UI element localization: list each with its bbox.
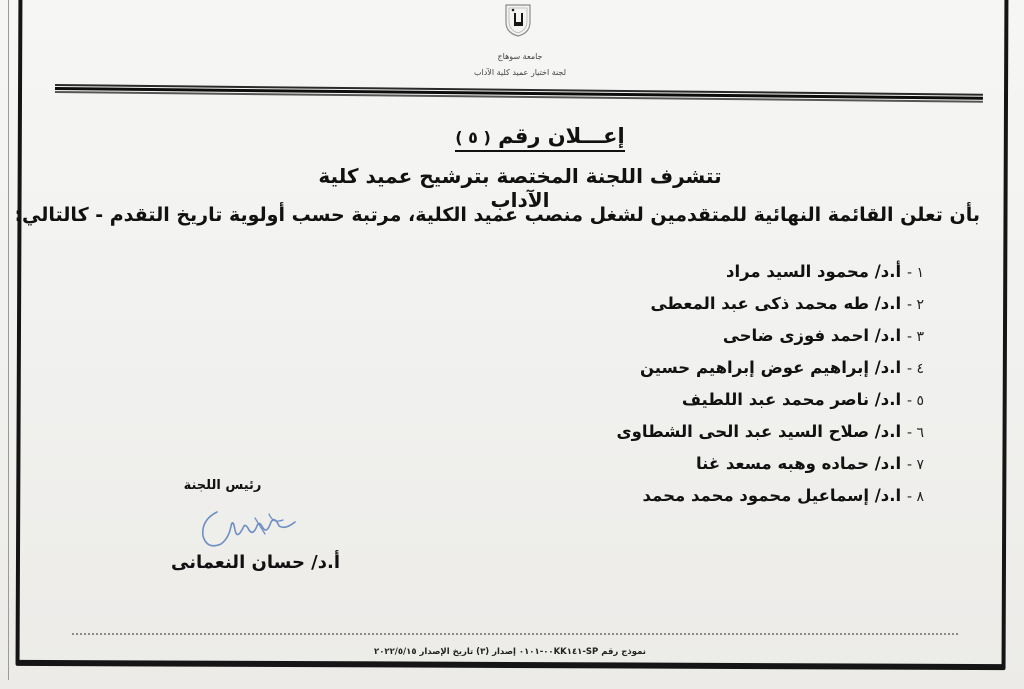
candidate-item: ١ - أ.د/ محمود السيد مراد [524, 258, 924, 290]
candidate-item: ٦ - ا.د/ صلاح السيد عبد الحى الشطاوى [524, 418, 924, 450]
candidate-name: صلاح السيد عبد الحى الشطاوى [617, 422, 870, 441]
signatory-role: رئيس اللجنة [160, 478, 340, 493]
candidate-name: إسماعيل محمود محمد محمد [643, 486, 870, 505]
candidate-item: ٧ - ا.د/ حماده وهبه مسعد غنا [524, 450, 924, 482]
candidate-item: ٢ - ا.د/ طه محمد ذكى عبد المعطى [524, 290, 924, 322]
candidate-list: ١ - أ.د/ محمود السيد مراد ٢ - ا.د/ طه مح… [524, 258, 924, 514]
document-page: جامعة سوهاج لجنة اختيار عميد كلية الآداب… [0, 0, 1024, 689]
candidate-item: ٣ - ا.د/ احمد فوزى ضاحى [524, 322, 924, 354]
candidate-item: ٤ - ا.د/ إبراهيم عوض إبراهيم حسين [524, 354, 924, 386]
signature-block: رئيس اللجنة [160, 478, 340, 493]
announcement-intro: بأن تعلن القائمة النهائية للمتقدمين لشغل… [62, 204, 980, 226]
candidate-name: حماده وهبه مسعد غنا [696, 454, 869, 473]
candidate-name: احمد فوزى ضاحى [723, 326, 869, 345]
page-edge-line [8, 0, 9, 680]
committee-name: لجنة اختيار عميد كلية الآداب [420, 68, 620, 77]
candidate-name: ناصر محمد عبد اللطيف [682, 390, 869, 409]
signatory-name: أ.د/ حسان النعمانى [160, 552, 340, 573]
university-logo-icon [500, 2, 536, 38]
announcement-title: إعـــلان رقم ( ٥ ) [380, 124, 700, 148]
announcement-number: ( ٥ ) [455, 128, 491, 147]
candidate-item: ٥ - ا.د/ ناصر محمد عبد اللطيف [524, 386, 924, 418]
announcement-title-text: إعـــلان رقم ( ٥ ) [455, 124, 624, 152]
candidate-name: محمود السيد مراد [726, 262, 869, 281]
handwritten-signature-icon [195, 500, 305, 555]
form-reference: نموذج رقم SP-٠٠KK١٤١-٠١٠١ إصدار (٣) تاري… [340, 647, 680, 657]
footer-divider [72, 633, 958, 635]
university-name: جامعة سوهاج [420, 52, 620, 61]
candidate-item: ٨ - ا.د/ إسماعيل محمود محمد محمد [524, 482, 924, 514]
candidate-name: إبراهيم عوض إبراهيم حسين [640, 358, 869, 377]
candidate-name: طه محمد ذكى عبد المعطى [651, 294, 870, 313]
